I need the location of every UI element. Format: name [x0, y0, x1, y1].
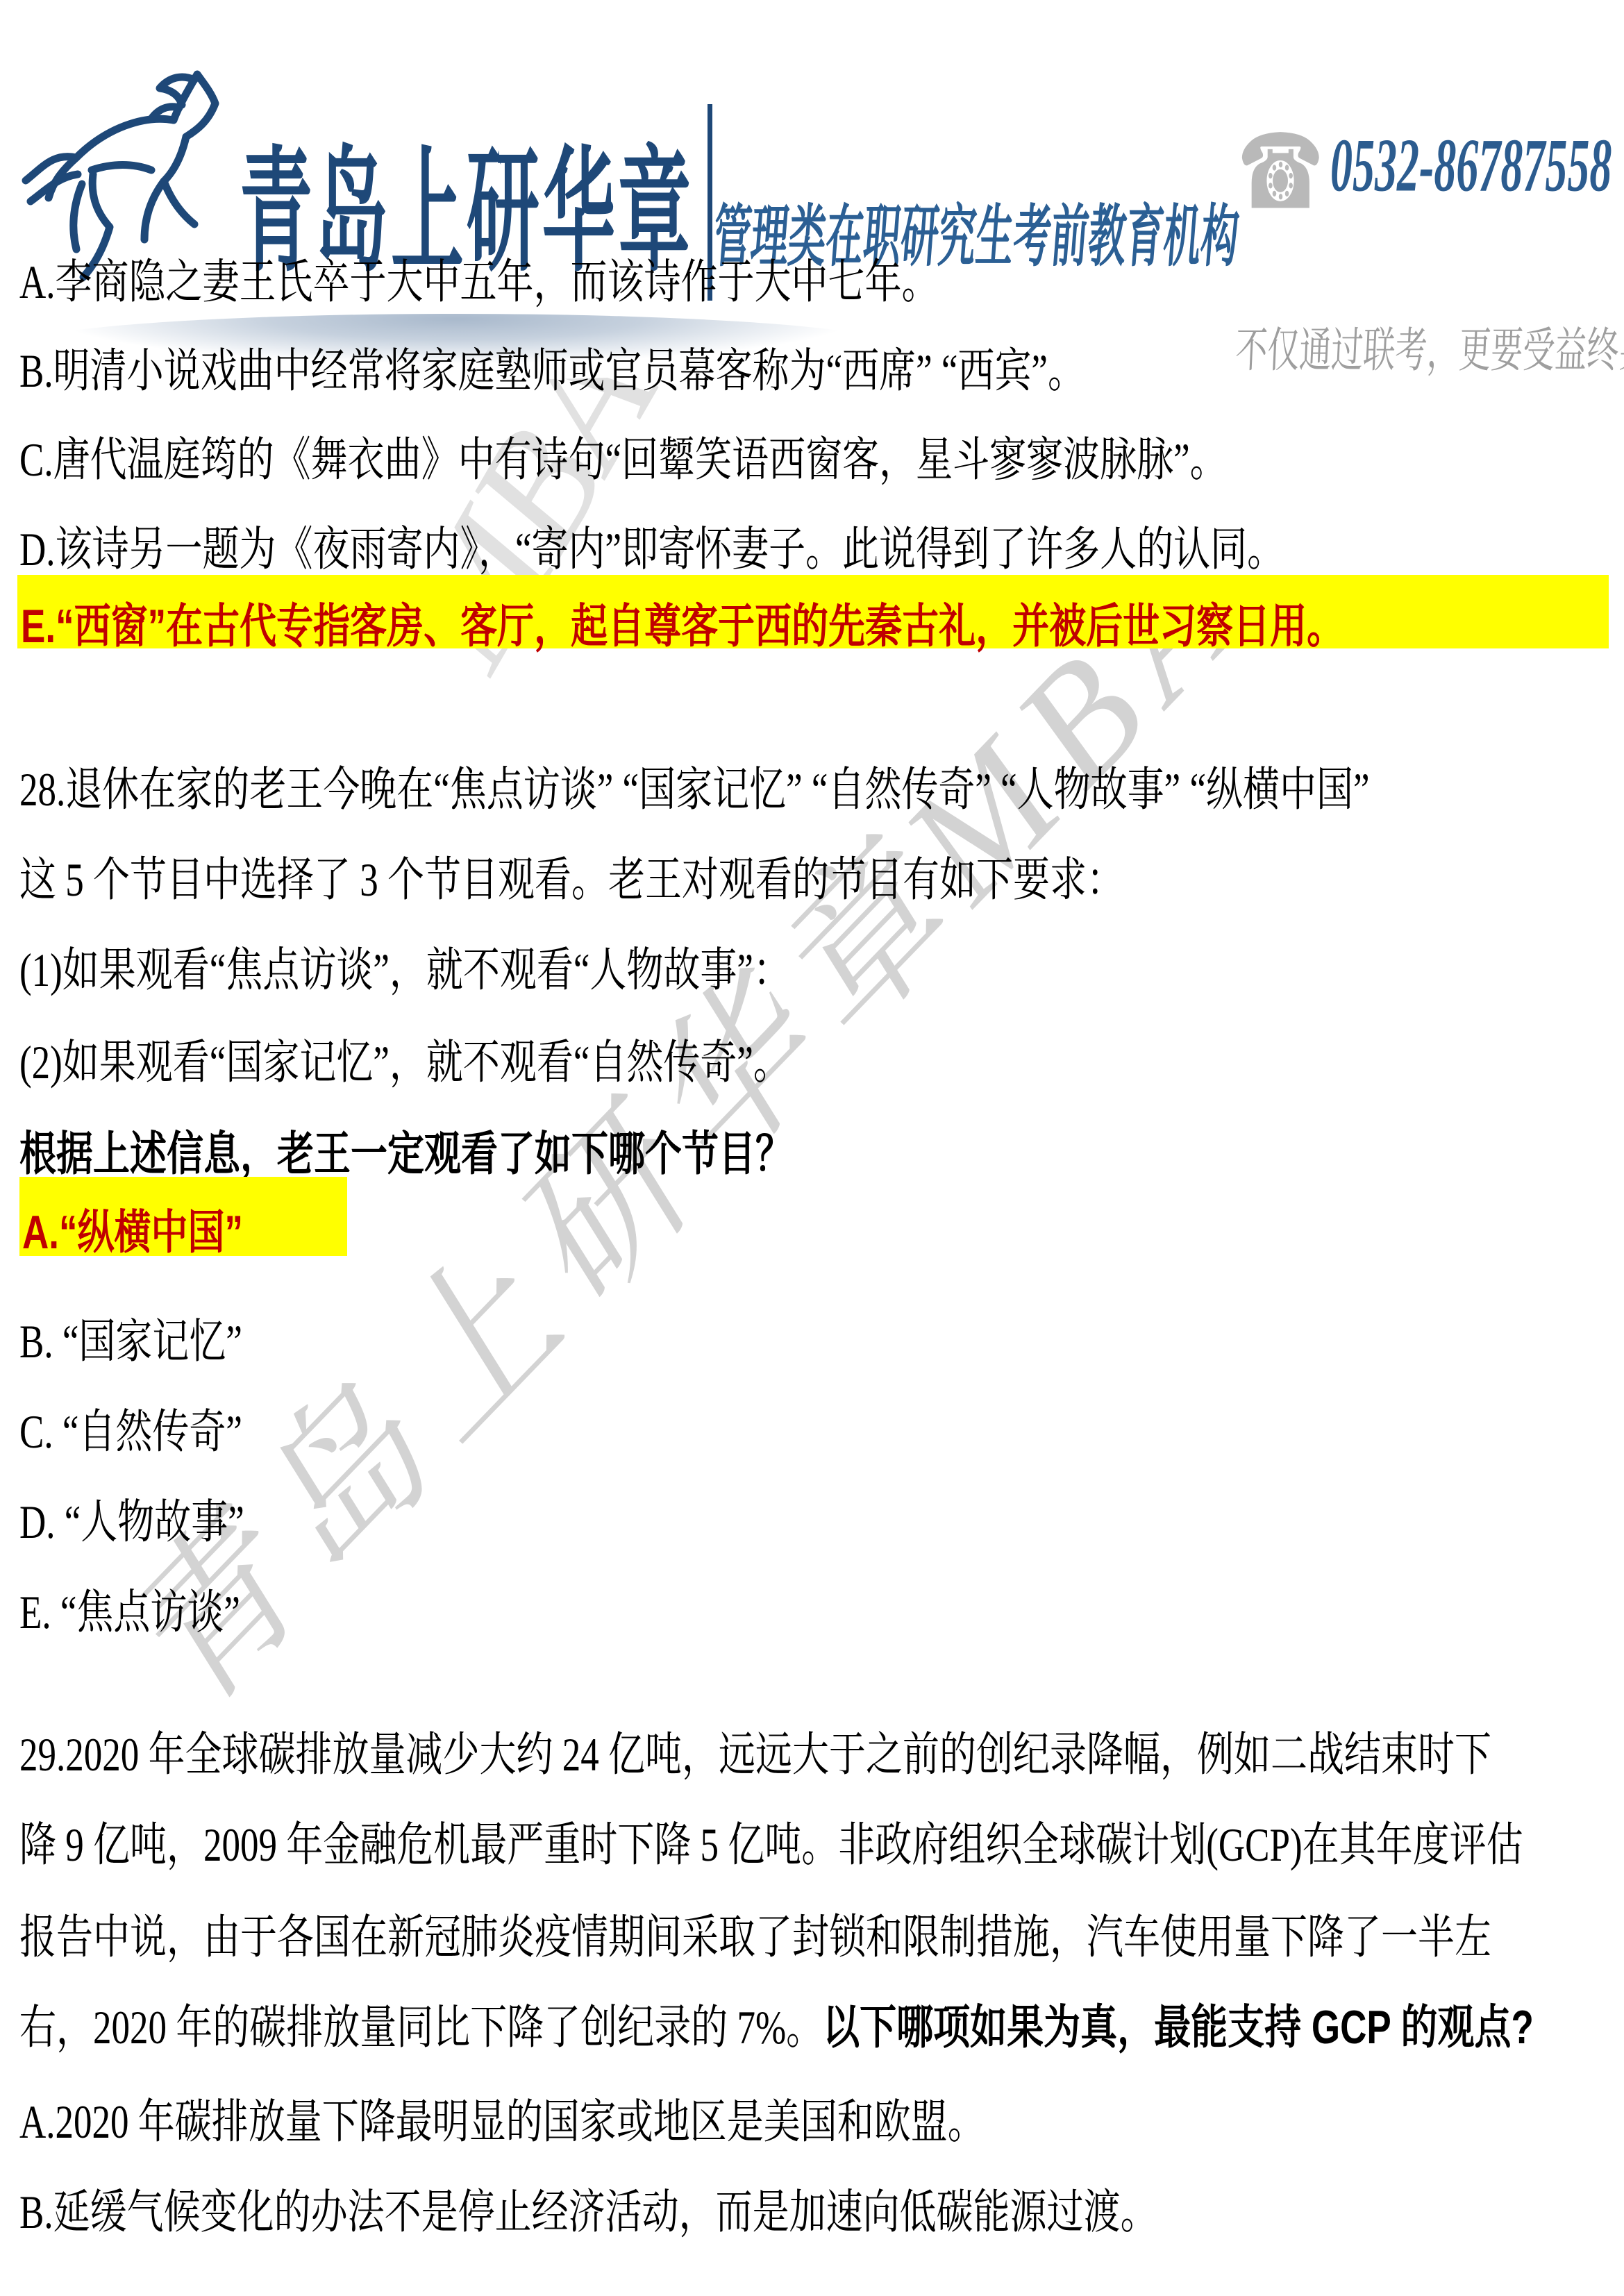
- q28-option-b: B. “国家记忆”: [19, 1304, 242, 1371]
- q28-condition-1: (1)如果观看“焦点访谈”，就不观看“人物故事”：: [19, 932, 790, 1000]
- q29-option-a: A.2020 年碳排放量下降最明显的国家或地区是美国和欧盟。: [19, 2084, 985, 2152]
- q28-option-a: A.“纵横中国”: [22, 1195, 243, 1262]
- q29-question-bold: 以下哪项如果为真，最能支持 GCP 的观点?: [823, 2002, 1534, 2054]
- phone-number: 0532-86787558: [1330, 122, 1612, 210]
- q28-condition-2: (2)如果观看“国家记忆”，就不观看“自然传奇”。: [19, 1025, 790, 1092]
- q28-option-c: C. “自然传奇”: [19, 1394, 242, 1461]
- q28-stem-line-2: 这 5 个节目中选择了 3 个节目观看。老王对观看的节目有如下要求：: [19, 842, 1123, 910]
- q27-option-a: A.李商隐之妻王氏卒于大中五年，而该诗作于大中七年。: [19, 244, 939, 312]
- q29-stem-line-4-normal: 右，2020 年的碳排放量同比下降了创纪录的 7%。: [19, 2002, 823, 2054]
- q27-option-e-highlight: E.“西窗”在古代专指客房、客厅，起自尊客于西的先秦古礼，并被后世习察日用。: [17, 575, 1609, 648]
- q27-option-c: C.唐代温庭筠的《舞衣曲》中有诗句“回颦笑语西窗客，星斗寥寥波脉脉”。: [19, 422, 1227, 489]
- phone-icon: ☎: [1237, 111, 1324, 233]
- q27-option-d: D.该诗另一题为《夜雨寄内》，“寄内”即寄怀妻子。此说得到了许多人的认同。: [19, 512, 1284, 579]
- document-page: 青岛上研华章MBA MBA 青岛上研华章 管理类在职研究生考前教育机构: [0, 0, 1624, 2296]
- q29-stem-line-3: 报告中说，由于各国在新冠肺炎疫情期间采取了封锁和限制措施，汽车使用量下降了一半左: [19, 1900, 1491, 1967]
- q28-option-e: E. “焦点访谈”: [19, 1575, 240, 1642]
- q29-stem-line-2: 降 9 亿吨，2009 年金融危机最严重时下降 5 亿吨。非政府组织全球碳计划(…: [19, 1807, 1523, 1875]
- q27-option-e: E.“西窗”在古代专指客房、客厅，起自尊客于西的先秦古礼，并被后世习察日用。: [21, 589, 1343, 656]
- q29-stem-line-4: 右，2020 年的碳排放量同比下降了创纪录的 7%。以下哪项如果为真，最能支持 …: [19, 1990, 1534, 2057]
- q28-question: 根据上述信息，老王一定观看了如下哪个节目？: [19, 1116, 792, 1184]
- q27-option-b: B.明清小说戏曲中经常将家庭塾师或官员幕客称为“西席” “西宾”。: [19, 333, 1085, 401]
- q29-option-b: B.延缓气候变化的办法不是停止经济活动，而是加速向低碳能源过渡。: [19, 2175, 1157, 2242]
- q28-option-d: D. “人物故事”: [19, 1484, 244, 1552]
- q28-option-a-highlight: A.“纵横中国”: [19, 1177, 347, 1256]
- header-slogan: 不仅通过联考，更要受益终身: [1234, 312, 1624, 381]
- q28-stem-line-1: 28.退休在家的老王今晚在“焦点访谈” “国家记忆” “自然传奇” “人物故事”…: [19, 752, 1370, 819]
- q29-stem-line-1: 29.2020 年全球碳排放量减少大约 24 亿吨，远远大于之前的创纪录降幅，例…: [19, 1717, 1491, 1784]
